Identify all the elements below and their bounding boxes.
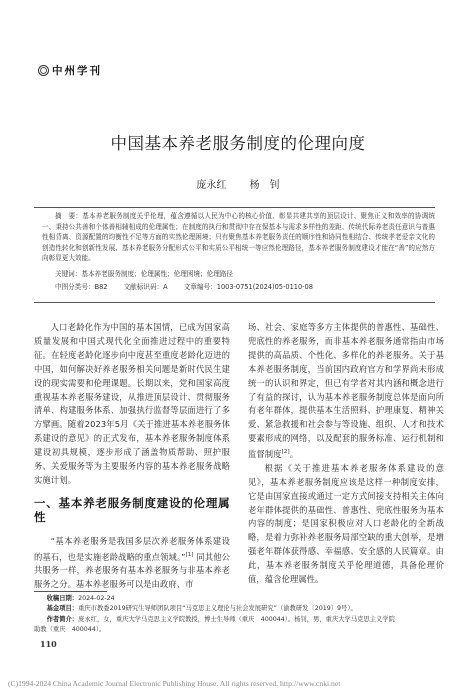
author-info-cont: 助教（重庆 400044）。 <box>34 625 436 635</box>
body-text-end: 。 <box>290 449 298 459</box>
abstract-label: 摘 要： <box>55 212 82 220</box>
doc-code-label: 文献标识码： <box>124 283 164 291</box>
page-number: 110 <box>40 639 57 649</box>
body-column-right: 场、社会、家庭等多方主体提供的普惠性、基础性、兜底性的养老服务，而非基本养老服务… <box>248 321 444 587</box>
citation-ref[interactable]: [1] <box>186 552 194 558</box>
author-info-value: 庞永红，女，重庆大学马克思主义学院教授，博士生导师（重庆 400044）。杨钊，… <box>78 616 395 623</box>
author-info-label: 作者简介： <box>47 616 78 623</box>
keywords-text: 基本养老服务制度；伦理属性；伦理困境；伦理路径 <box>81 270 233 278</box>
article-no-group: 文章编号：1003-0751(2024)05-0110-08 <box>184 283 313 291</box>
article-authors: 庞永红 杨 钊 <box>0 176 476 191</box>
abstract-bottom-rule <box>34 302 435 303</box>
keywords-label: 关键词： <box>55 270 81 278</box>
body-column-left: 人口老龄化作为中国的基本国情，已成为国家高质量发展和中国式现代化全面推进过程中的… <box>34 321 230 592</box>
clc-value: B82 <box>95 283 108 291</box>
body-paragraph: 场、社会、家庭等多方主体提供的普惠性、基础性、兜底性的养老服务，而非基本养老服务… <box>248 321 444 462</box>
author-1: 庞永红 <box>196 180 226 191</box>
classification-line: 中图分类号：B82 文献标识码：A 文章编号：1003-0751(2024)05… <box>55 281 327 291</box>
journal-name: 中州学刊 <box>52 63 102 78</box>
clc-group: 中图分类号：B82 <box>55 283 107 291</box>
footnotes: 收稿日期：2024-02-24 基金项目：重庆市教委2019研究生导师团队项目“… <box>34 594 436 635</box>
abstract-top-rule <box>34 207 435 208</box>
section-heading: 一、基本养老服务制度建设的伦理属性 <box>34 497 230 525</box>
journal-seal-icon <box>38 65 49 76</box>
copyright-notice: (C)1994-2024 China Academic Journal Elec… <box>8 679 340 688</box>
doc-code-group: 文献标识码：A <box>124 283 168 291</box>
body-paragraph: 人口老龄化作为中国的基本国情，已成为国家高质量发展和中国式现代化全面推进过程中的… <box>34 321 230 488</box>
author-info: 作者简介：庞永红，女，重庆大学马克思主义学院教授，博士生导师（重庆 400044… <box>34 615 436 625</box>
body-paragraph: “基本养老服务是我国多层次养老服务体系建设的基石，也是实施老龄战略的重点领域。”… <box>34 535 230 592</box>
abstract: 摘 要：基本养老服务制度关乎伦理，蕴含遵循以人民为中心的核心价值、彰显共建共享的… <box>42 211 435 264</box>
received-value: 2024-02-24 <box>78 595 115 602</box>
citation-ref[interactable]: [2] <box>282 449 290 455</box>
article-no-label: 文章编号： <box>184 283 217 291</box>
journal-logo: 中州学刊 <box>38 63 102 78</box>
clc-label: 中图分类号： <box>55 283 95 291</box>
body-paragraph: 根据《关于推进基本养老服务体系建设的意见》，基本养老服务制度应该是这样一种制度安… <box>248 462 444 587</box>
article-title: 中国基本养老服务制度的伦理向度 <box>0 130 476 154</box>
abstract-text: 基本养老服务制度关乎伦理，蕴含遵循以人民为中心的核心价值、彰显共建共享的顶层设计… <box>42 212 435 262</box>
body-text: 场、社会、家庭等多方主体提供的普惠性、基础性、兜底性的养老服务，而非基本养老服务… <box>248 322 444 459</box>
doc-code-value: A <box>163 283 168 291</box>
received-date: 收稿日期：2024-02-24 <box>34 594 436 604</box>
fund-info: 基金项目：重庆市教委2019研究生导师团队项目“马克思主义理论与社会发展研究”（… <box>34 604 436 614</box>
article-no-value: 1003-0751(2024)05-0110-08 <box>217 283 313 291</box>
fund-value: 重庆市教委2019研究生导师团队项目“马克思主义理论与社会发展研究”（渝教研发〔… <box>78 605 357 612</box>
received-label: 收稿日期： <box>47 595 78 602</box>
fund-label: 基金项目： <box>47 605 78 612</box>
footnote-rule <box>34 591 107 592</box>
keywords-line: 关键词：基本养老服务制度；伦理属性；伦理困境；伦理路径 <box>55 268 247 278</box>
author-2: 杨 钊 <box>250 180 280 191</box>
